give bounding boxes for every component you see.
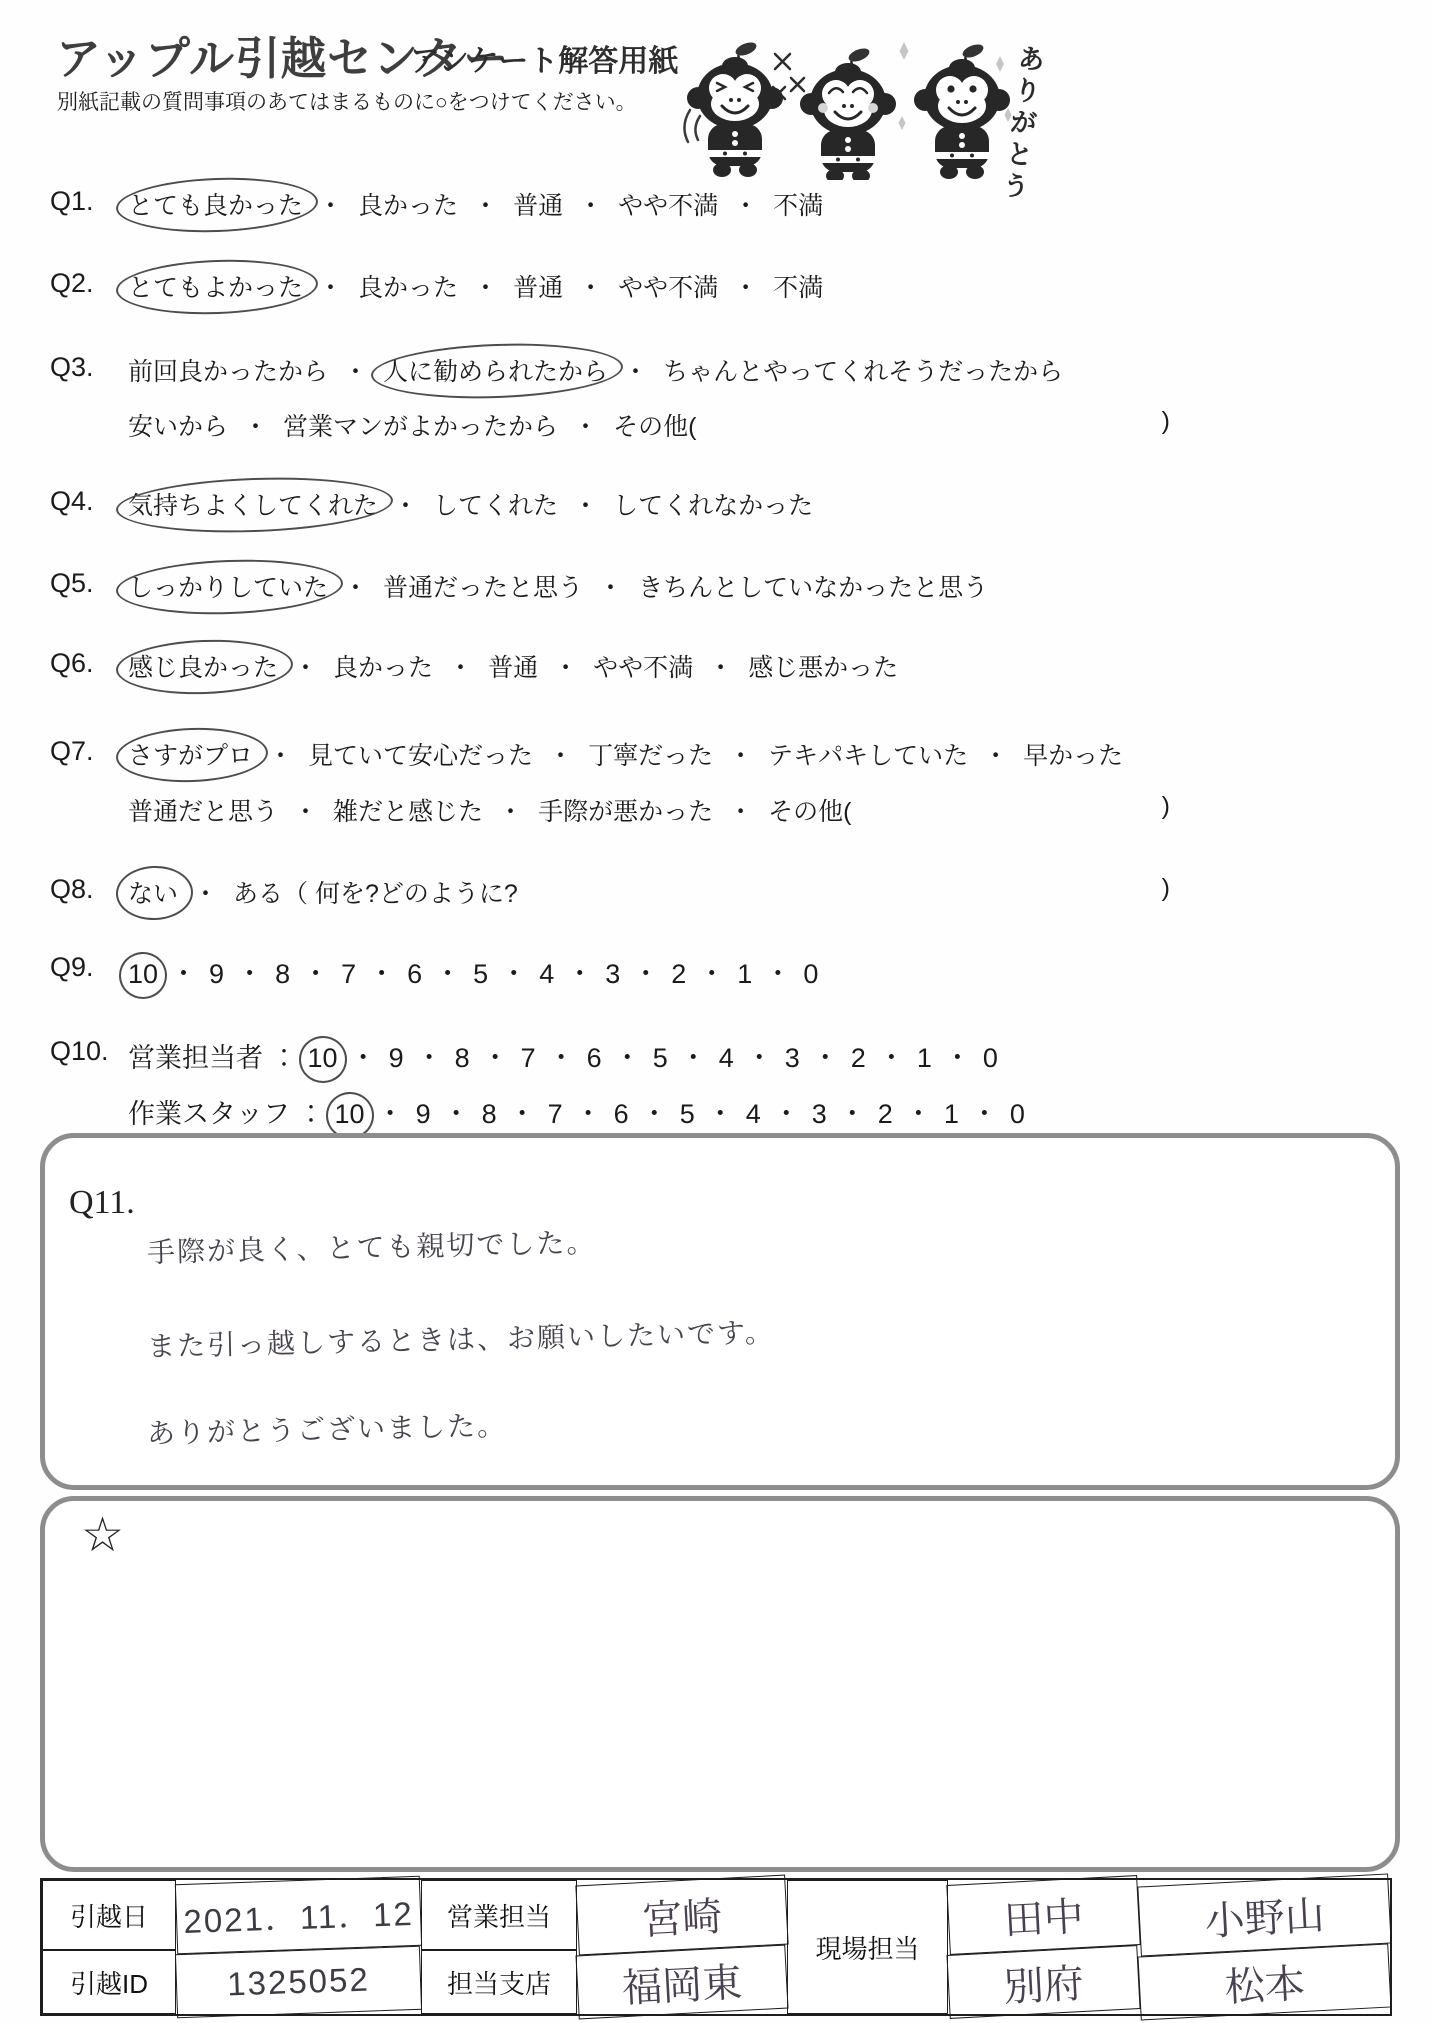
option-separator: ・ <box>698 959 725 989</box>
option-text: 4 <box>719 1043 734 1074</box>
option-text: 0 <box>803 959 818 990</box>
option-text: きちんとしていなかったと思う <box>638 568 988 604</box>
question-options-line: 前回良かったから・人に勧められたから・ちゃんとやってくれそうだったから <box>128 352 1170 388</box>
option-separator: ・ <box>473 192 498 220</box>
option-separator: ・ <box>268 742 293 770</box>
site-crew-name: 小野山 <box>1137 1873 1391 1956</box>
option-text: 2 <box>878 1099 893 1130</box>
option-text: やや不満 <box>593 648 693 684</box>
option-circled-answer: さすがプロ <box>128 736 253 772</box>
option-separator: ・ <box>302 959 329 989</box>
option-text: 5 <box>653 1043 668 1074</box>
option-text: 4 <box>539 959 554 990</box>
option-text: 8 <box>482 1099 497 1130</box>
extra-comment-box: ☆ <box>40 1496 1400 1872</box>
question-options-line: 営業担当者 ：10・9・8・7・6・5・4・3・2・1・0 <box>128 1036 1170 1072</box>
option-separator: ・ <box>632 959 659 989</box>
option-separator: ・ <box>343 574 368 602</box>
option-text: 普通だったと思う <box>383 568 583 604</box>
question-label: Q6. <box>50 648 94 679</box>
option-separator: ・ <box>318 192 343 220</box>
option-text: 7 <box>521 1043 536 1074</box>
handwritten-comment-line: ありがとうございました。 <box>147 1404 508 1452</box>
question-label: Q9. <box>50 952 94 983</box>
option-separator: ・ <box>553 654 578 682</box>
question-label: Q7. <box>50 736 94 767</box>
option-text: 良かった <box>358 268 458 304</box>
option-separator: ・ <box>573 413 598 441</box>
option-separator: ・ <box>548 1043 575 1073</box>
option-text: 9 <box>389 1043 404 1074</box>
option-separator: ・ <box>575 1099 602 1129</box>
question-label: Q4. <box>50 486 94 517</box>
option-separator: ・ <box>812 1043 839 1073</box>
close-paren: ) <box>1162 407 1170 436</box>
option-text: 9 <box>209 959 224 990</box>
option-text: 5 <box>473 959 488 990</box>
option-text: 9 <box>416 1099 431 1130</box>
option-separator: ・ <box>578 274 603 302</box>
question-options-line: とてもよかった・良かった・普通・やや不満・不満 <box>128 268 1170 304</box>
option-separator: ・ <box>393 492 418 520</box>
option-circled-answer: 10 <box>335 1099 365 1130</box>
option-separator: ・ <box>482 1043 509 1073</box>
option-separator: ・ <box>293 654 318 682</box>
question-options-line: ない・ある（ 何を?どのように?) <box>128 874 1170 910</box>
question-label: Q3. <box>50 352 94 383</box>
subitem-label: 作業スタッフ ： <box>128 1099 325 1129</box>
instruction-text: 別紙記載の質問事項のあてはまるものに○をつけてください。 <box>57 86 637 116</box>
option-separator: ・ <box>728 742 753 770</box>
option-separator: ・ <box>746 1043 773 1073</box>
option-text: 6 <box>587 1043 602 1074</box>
option-text: 3 <box>785 1043 800 1074</box>
option-separator: ・ <box>578 192 603 220</box>
branch-value: 福岡東 <box>575 1945 788 2020</box>
move-id-value: 1325052 <box>175 1946 422 2019</box>
branch-label: 担当支店 <box>421 1950 577 2014</box>
question-options-line: 安いから・営業マンがよかったから・その他() <box>128 407 1170 443</box>
option-text: 手際が悪かった <box>538 792 713 828</box>
option-text: 2 <box>851 1043 866 1074</box>
option-separator: ・ <box>548 742 573 770</box>
question-options-line: しっかりしていた・普通だったと思う・きちんとしていなかったと思う <box>128 568 1170 604</box>
question-options-line: 感じ良かった・良かった・普通・やや不満・感じ悪かった <box>128 648 1170 684</box>
option-separator: ・ <box>708 654 733 682</box>
move-date-value: 2021．11．12 <box>175 1876 422 1955</box>
option-separator: ・ <box>971 1099 998 1129</box>
question-label: Q1. <box>50 186 94 217</box>
option-separator: ・ <box>764 959 791 989</box>
option-text: 前回良かったから <box>128 352 328 388</box>
option-separator: ・ <box>293 798 318 826</box>
option-separator: ・ <box>443 1099 470 1129</box>
option-separator: ・ <box>343 358 368 386</box>
option-separator: ・ <box>983 742 1008 770</box>
option-separator: ・ <box>434 959 461 989</box>
option-text: 普通 <box>513 186 563 222</box>
option-text: 普通だと思う <box>128 792 278 828</box>
option-text: 1 <box>917 1043 932 1074</box>
q11-comment-box: Q11. 手際が良く、とても親切でした。 また引っ越しするときは、お願いしたいで… <box>40 1133 1400 1490</box>
option-separator: ・ <box>509 1099 536 1129</box>
move-id-label: 引越ID <box>42 1950 176 2014</box>
option-separator: ・ <box>733 192 758 220</box>
option-separator: ・ <box>614 1043 641 1073</box>
option-separator: ・ <box>707 1099 734 1129</box>
subitem-label: 営業担当者 ： <box>128 1043 298 1073</box>
option-separator: ・ <box>243 413 268 441</box>
option-text: 8 <box>455 1043 470 1074</box>
question-options-line: 10・9・8・7・6・5・4・3・2・1・0 <box>128 952 1170 988</box>
survey-sheet: アップル引越センター アンケート解答用紙 別紙記載の質問事項のあてはまるものに○… <box>0 0 1433 2023</box>
motion-lines <box>684 110 700 142</box>
option-text: 8 <box>275 959 290 990</box>
option-text: 6 <box>614 1099 629 1130</box>
option-text: 雑だと感じた <box>333 792 483 828</box>
option-text: やや不満 <box>618 186 718 222</box>
option-circled-answer: しっかりしていた <box>128 568 328 604</box>
option-separator: ・ <box>905 1099 932 1129</box>
option-separator: ・ <box>944 1043 971 1073</box>
q11-label: Q11. <box>69 1184 135 1222</box>
handwritten-comment-line: 手際が良く、とても親切でした。 <box>147 1221 597 1271</box>
option-text: してくれた <box>433 486 558 522</box>
option-text: 普通 <box>488 648 538 684</box>
option-text: 3 <box>812 1099 827 1130</box>
mascot-monkeys-illustration <box>678 34 1026 180</box>
option-text: 良かった <box>333 648 433 684</box>
option-separator: ・ <box>193 880 218 908</box>
option-circled-answer: 10 <box>308 1043 338 1074</box>
option-separator: ・ <box>368 959 395 989</box>
option-separator: ・ <box>500 959 527 989</box>
option-text: 早かった <box>1023 736 1123 772</box>
option-circled-answer: 気持ちよくしてくれた <box>128 486 378 522</box>
site-crew-label: 現場担当 <box>787 1880 948 2014</box>
option-text: 3 <box>605 959 620 990</box>
option-text: 7 <box>548 1099 563 1130</box>
option-text: ある（ 何を?どのように? <box>233 874 518 910</box>
option-circled-answer: とても良かった <box>128 186 303 222</box>
option-text: ちゃんとやってくれそうだったから <box>663 352 1063 388</box>
option-separator: ・ <box>878 1043 905 1073</box>
option-separator: ・ <box>318 274 343 302</box>
site-crew-name: 別府 <box>946 1945 1140 2019</box>
option-separator: ・ <box>598 574 623 602</box>
sales-rep-value: 宮崎 <box>575 1875 788 1956</box>
option-text: 感じ悪かった <box>748 648 898 684</box>
handwritten-comment-line: また引っ越しするときは、お願いしたいです。 <box>147 1311 776 1365</box>
option-separator: ・ <box>773 1099 800 1129</box>
option-text: 普通 <box>513 268 563 304</box>
form-title: アンケート解答用紙 <box>410 36 678 80</box>
option-text: 1 <box>737 959 752 990</box>
option-separator: ・ <box>498 798 523 826</box>
option-separator: ・ <box>377 1099 404 1129</box>
footer-info-table: 引越日 2021．11．12 営業担当 宮崎 現場担当 田中 小野山 引越ID … <box>40 1878 1392 2016</box>
option-text: 1 <box>944 1099 959 1130</box>
sales-rep-label: 営業担当 <box>421 1880 577 1950</box>
option-text: 丁寧だった <box>588 736 713 772</box>
site-crew-name: 田中 <box>946 1875 1140 1955</box>
option-circled-answer: 感じ良かった <box>128 648 278 684</box>
option-text: 営業マンがよかったから <box>283 407 558 443</box>
option-separator: ・ <box>473 274 498 302</box>
option-text: 6 <box>407 959 422 990</box>
option-text: 4 <box>746 1099 761 1130</box>
question-options-line: 作業スタッフ ：10・9・8・7・6・5・4・3・2・1・0 <box>128 1092 1170 1128</box>
close-paren: ) <box>1162 792 1170 821</box>
option-circled-answer: 10 <box>128 959 158 990</box>
option-separator: ・ <box>416 1043 443 1073</box>
option-separator: ・ <box>350 1043 377 1073</box>
option-separator: ・ <box>641 1099 668 1129</box>
option-text: テキパキしていた <box>768 736 968 772</box>
option-text: 0 <box>983 1043 998 1074</box>
monkey-waving <box>687 40 783 177</box>
question-options-line: 気持ちよくしてくれた・してくれた・してくれなかった <box>128 486 1170 522</box>
option-separator: ・ <box>170 959 197 989</box>
option-text: やや不満 <box>618 268 718 304</box>
option-separator: ・ <box>448 654 473 682</box>
question-label: Q2. <box>50 268 94 299</box>
option-circled-answer: とてもよかった <box>128 268 303 304</box>
option-circled-answer: ない <box>128 874 178 910</box>
option-text: 5 <box>680 1099 695 1130</box>
option-text: 2 <box>671 959 686 990</box>
option-circled-answer: 人に勧められたから <box>383 352 608 388</box>
site-crew-name: 松本 <box>1137 1943 1391 2020</box>
option-text: その他( <box>768 792 851 828</box>
question-label: Q5. <box>50 568 94 599</box>
close-paren: ) <box>1162 874 1170 903</box>
option-text: 7 <box>341 959 356 990</box>
option-text: 不満 <box>773 186 823 222</box>
option-separator: ・ <box>733 274 758 302</box>
star-icon: ☆ <box>81 1507 124 1563</box>
monkey-smiling <box>914 42 1010 179</box>
option-text: 不満 <box>773 268 823 304</box>
option-text: その他( <box>613 407 696 443</box>
option-separator: ・ <box>573 492 598 520</box>
question-options-line: とても良かった・良かった・普通・やや不満・不満 <box>128 186 1170 222</box>
move-date-label: 引越日 <box>42 1880 176 1950</box>
question-label: Q8. <box>50 874 94 905</box>
monkey-happy <box>800 46 896 180</box>
option-text: 0 <box>1010 1099 1025 1130</box>
option-text: 見ていて安心だった <box>308 736 533 772</box>
option-text: 安いから <box>128 407 228 443</box>
option-text: してくれなかった <box>613 486 813 522</box>
option-separator: ・ <box>728 798 753 826</box>
option-text: 良かった <box>358 186 458 222</box>
option-separator: ・ <box>566 959 593 989</box>
question-options-line: さすがプロ・見ていて安心だった・丁寧だった・テキパキしていた・早かった <box>128 736 1170 772</box>
option-separator: ・ <box>623 358 648 386</box>
option-separator: ・ <box>839 1099 866 1129</box>
option-separator: ・ <box>236 959 263 989</box>
question-label: Q10. <box>50 1036 109 1067</box>
option-separator: ・ <box>680 1043 707 1073</box>
question-options-line: 普通だと思う・雑だと感じた・手際が悪かった・その他() <box>128 792 1170 828</box>
